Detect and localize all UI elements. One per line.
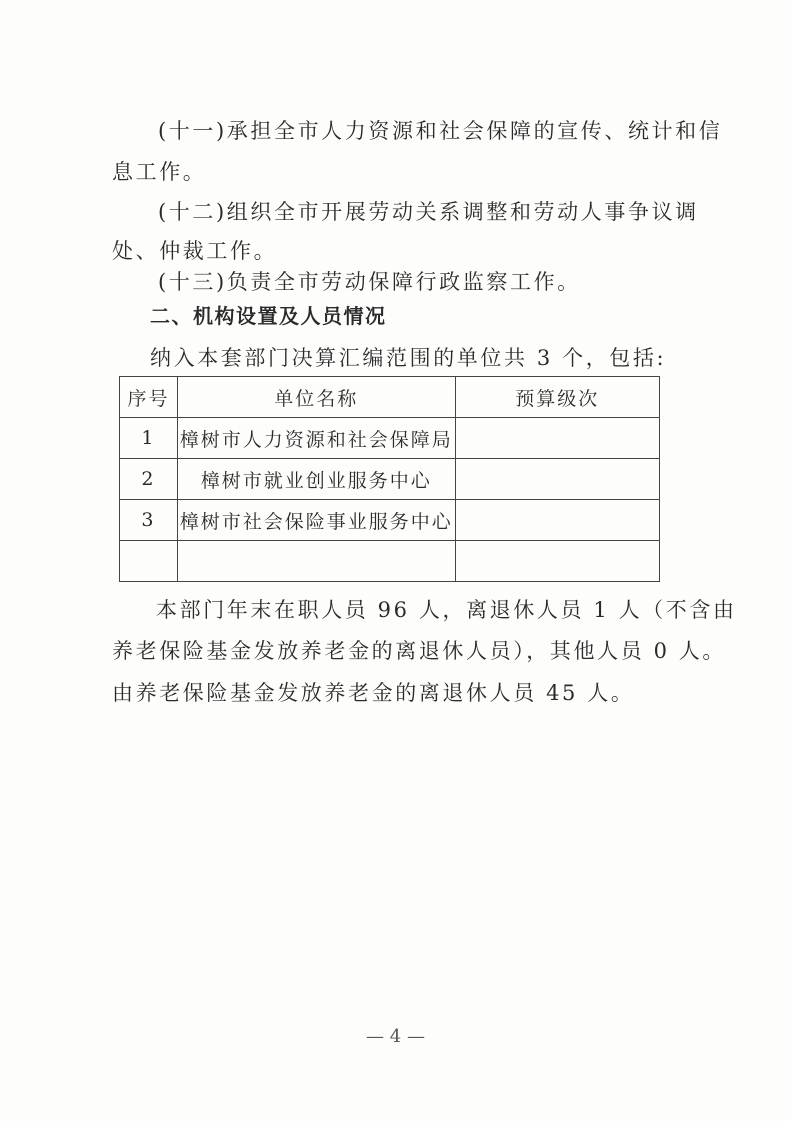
staff-line-3: 由养老保险基金发放养老金的离退休人员 45 人。 [112,680,634,706]
staff-line-2: 养老保险基金发放养老金的离退休人员），其他人员 0 人。 [112,638,726,664]
table-row: 2 樟树市就业创业服务中心 [120,459,660,500]
staff-line-1: 本部门年末在职人员 96 人，离退休人员 1 人（不含由 [156,597,737,623]
table-row: 3 樟树市社会保险事业服务中心 [120,500,660,541]
item-12-line-1: (十二)组织全市开展劳动关系调整和劳动人事争议调 [158,199,699,225]
paragraph-item-13: (十三)负责全市劳动保障行政监察工作。 [158,269,581,295]
cell-budget-level [455,459,659,500]
header-unit-name: 单位名称 [177,377,455,418]
table-row-empty [120,541,660,582]
section-heading: 二、机构设置及人员情况 [150,303,387,329]
cell-budget-level [455,500,659,541]
header-budget-level: 预算级次 [455,377,659,418]
cell-unit-name: 樟树市人力资源和社会保障局 [177,418,455,459]
cell-index: 3 [120,500,178,541]
page-number: — 4 — [0,1026,791,1047]
section-intro: 纳入本套部门决算汇编范围的单位共 3 个，包括: [150,345,666,371]
cell-budget-level [455,541,659,582]
table-header-row: 序号 单位名称 预算级次 [120,377,660,418]
cell-index: 1 [120,418,178,459]
units-table: 序号 单位名称 预算级次 1 樟树市人力资源和社会保障局 2 樟树市就业创业服务… [119,376,660,582]
cell-index: 2 [120,459,178,500]
cell-unit-name: 樟树市就业创业服务中心 [177,459,455,500]
cell-index [120,541,178,582]
item-11-line-2: 息工作。 [112,159,206,185]
header-index: 序号 [120,377,178,418]
item-11-line-1: (十一)承担全市人力资源和社会保障的宣传、统计和信 [158,118,722,144]
item-12-line-2: 处、仲裁工作。 [112,238,277,264]
cell-unit-name: 樟树市社会保险事业服务中心 [177,500,455,541]
cell-budget-level [455,418,659,459]
cell-unit-name [177,541,455,582]
table-row: 1 樟树市人力资源和社会保障局 [120,418,660,459]
